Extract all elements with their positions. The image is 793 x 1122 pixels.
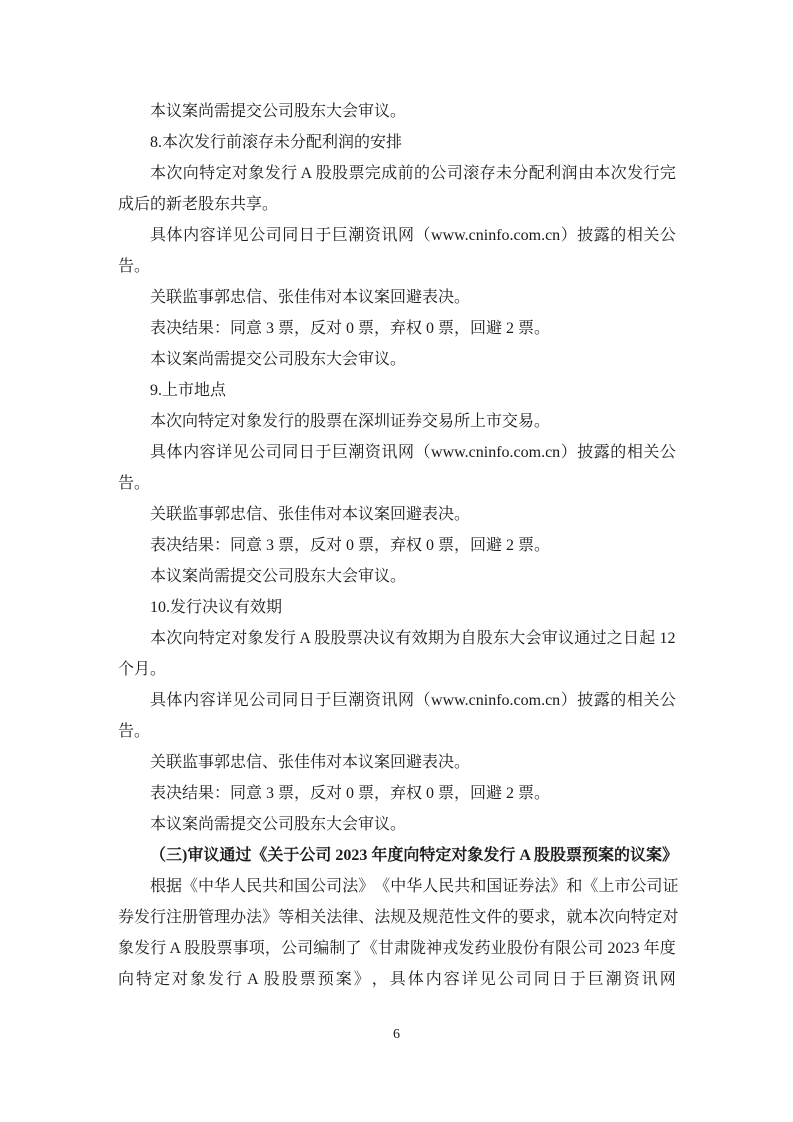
paragraph: 本次向特定对象发行的股票在深圳证券交易所上市交易。 — [118, 406, 676, 437]
text-line: 本次向特定对象发行 A 股股票决议有效期为自股东大会审议通过之日起 12 — [118, 623, 676, 654]
paragraph: 关联监事郭忠信、张佳伟对本议案回避表决。 — [118, 282, 676, 313]
text-line: 告。 — [118, 468, 676, 499]
text-line: 告。 — [118, 251, 676, 282]
text-line: 关联监事郭忠信、张佳伟对本议案回避表决。 — [118, 499, 676, 530]
text-line: 向特定对象发行 A 股股票预案》，具体内容详见公司同日于巨潮资讯网 — [118, 964, 676, 995]
document-body: 本议案尚需提交公司股东大会审议。8.本次发行前滚存未分配利润的安排本次向特定对象… — [118, 96, 676, 995]
paragraph: 本议案尚需提交公司股东大会审议。 — [118, 561, 676, 592]
paragraph: 表决结果：同意 3 票，反对 0 票，弃权 0 票，回避 2 票。 — [118, 530, 676, 561]
paragraph: 8.本次发行前滚存未分配利润的安排 — [118, 127, 676, 158]
paragraph: 本次向特定对象发行 A 股股票决议有效期为自股东大会审议通过之日起 12个月。 — [118, 623, 676, 685]
text-line: 具体内容详见公司同日于巨潮资讯网（www.cninfo.com.cn）披露的相关… — [118, 685, 676, 716]
paragraph: 本议案尚需提交公司股东大会审议。 — [118, 96, 676, 127]
text-line: 象发行 A 股股票事项，公司编制了《甘肃陇神戎发药业股份有限公司 2023 年度 — [118, 933, 676, 964]
paragraph: 本议案尚需提交公司股东大会审议。 — [118, 344, 676, 375]
page-number: 6 — [393, 1027, 400, 1042]
text-line: 表决结果：同意 3 票，反对 0 票，弃权 0 票，回避 2 票。 — [118, 313, 676, 344]
paragraph: 关联监事郭忠信、张佳伟对本议案回避表决。 — [118, 747, 676, 778]
text-line: 本议案尚需提交公司股东大会审议。 — [118, 96, 676, 127]
text-line: 成后的新老股东共享。 — [118, 189, 676, 220]
text-line: 本议案尚需提交公司股东大会审议。 — [118, 561, 676, 592]
text-line: 本次向特定对象发行 A 股股票完成前的公司滚存未分配利润由本次发行完 — [118, 158, 676, 189]
paragraph: 10.发行决议有效期 — [118, 592, 676, 623]
paragraph: 具体内容详见公司同日于巨潮资讯网（www.cninfo.com.cn）披露的相关… — [118, 437, 676, 499]
text-line: （三)审议通过《关于公司 2023 年度向特定对象发行 A 股股票预案的议案》 — [118, 840, 676, 871]
text-line: 本议案尚需提交公司股东大会审议。 — [118, 809, 676, 840]
text-line: 表决结果：同意 3 票，反对 0 票，弃权 0 票，回避 2 票。 — [118, 530, 676, 561]
paragraph: 根据《中华人民共和国公司法》《中华人民共和国证券法》和《上市公司证券发行注册管理… — [118, 871, 676, 995]
paragraph: 具体内容详见公司同日于巨潮资讯网（www.cninfo.com.cn）披露的相关… — [118, 685, 676, 747]
text-line: 具体内容详见公司同日于巨潮资讯网（www.cninfo.com.cn）披露的相关… — [118, 220, 676, 251]
text-line: 本次向特定对象发行的股票在深圳证券交易所上市交易。 — [118, 406, 676, 437]
text-line: 9.上市地点 — [118, 375, 676, 406]
text-line: 告。 — [118, 716, 676, 747]
text-line: 表决结果：同意 3 票，反对 0 票，弃权 0 票，回避 2 票。 — [118, 778, 676, 809]
paragraph: 具体内容详见公司同日于巨潮资讯网（www.cninfo.com.cn）披露的相关… — [118, 220, 676, 282]
text-line: 关联监事郭忠信、张佳伟对本议案回避表决。 — [118, 282, 676, 313]
paragraph: 表决结果：同意 3 票，反对 0 票，弃权 0 票，回避 2 票。 — [118, 313, 676, 344]
paragraph: 本次向特定对象发行 A 股股票完成前的公司滚存未分配利润由本次发行完成后的新老股… — [118, 158, 676, 220]
paragraph: 表决结果：同意 3 票，反对 0 票，弃权 0 票，回避 2 票。 — [118, 778, 676, 809]
paragraph: 关联监事郭忠信、张佳伟对本议案回避表决。 — [118, 499, 676, 530]
text-line: 具体内容详见公司同日于巨潮资讯网（www.cninfo.com.cn）披露的相关… — [118, 437, 676, 468]
text-line: 关联监事郭忠信、张佳伟对本议案回避表决。 — [118, 747, 676, 778]
page-footer: 6 — [0, 1026, 793, 1044]
section-heading: （三)审议通过《关于公司 2023 年度向特定对象发行 A 股股票预案的议案》 — [118, 840, 676, 871]
text-line: 券发行注册管理办法》等相关法律、法规及规范性文件的要求，就本次向特定对 — [118, 902, 676, 933]
document-page: 本议案尚需提交公司股东大会审议。8.本次发行前滚存未分配利润的安排本次向特定对象… — [0, 0, 793, 1122]
paragraph: 9.上市地点 — [118, 375, 676, 406]
paragraph: 本议案尚需提交公司股东大会审议。 — [118, 809, 676, 840]
text-line: 本议案尚需提交公司股东大会审议。 — [118, 344, 676, 375]
text-line: 8.本次发行前滚存未分配利润的安排 — [118, 127, 676, 158]
text-line: 个月。 — [118, 654, 676, 685]
text-line: 10.发行决议有效期 — [118, 592, 676, 623]
text-line: 根据《中华人民共和国公司法》《中华人民共和国证券法》和《上市公司证 — [118, 871, 676, 902]
